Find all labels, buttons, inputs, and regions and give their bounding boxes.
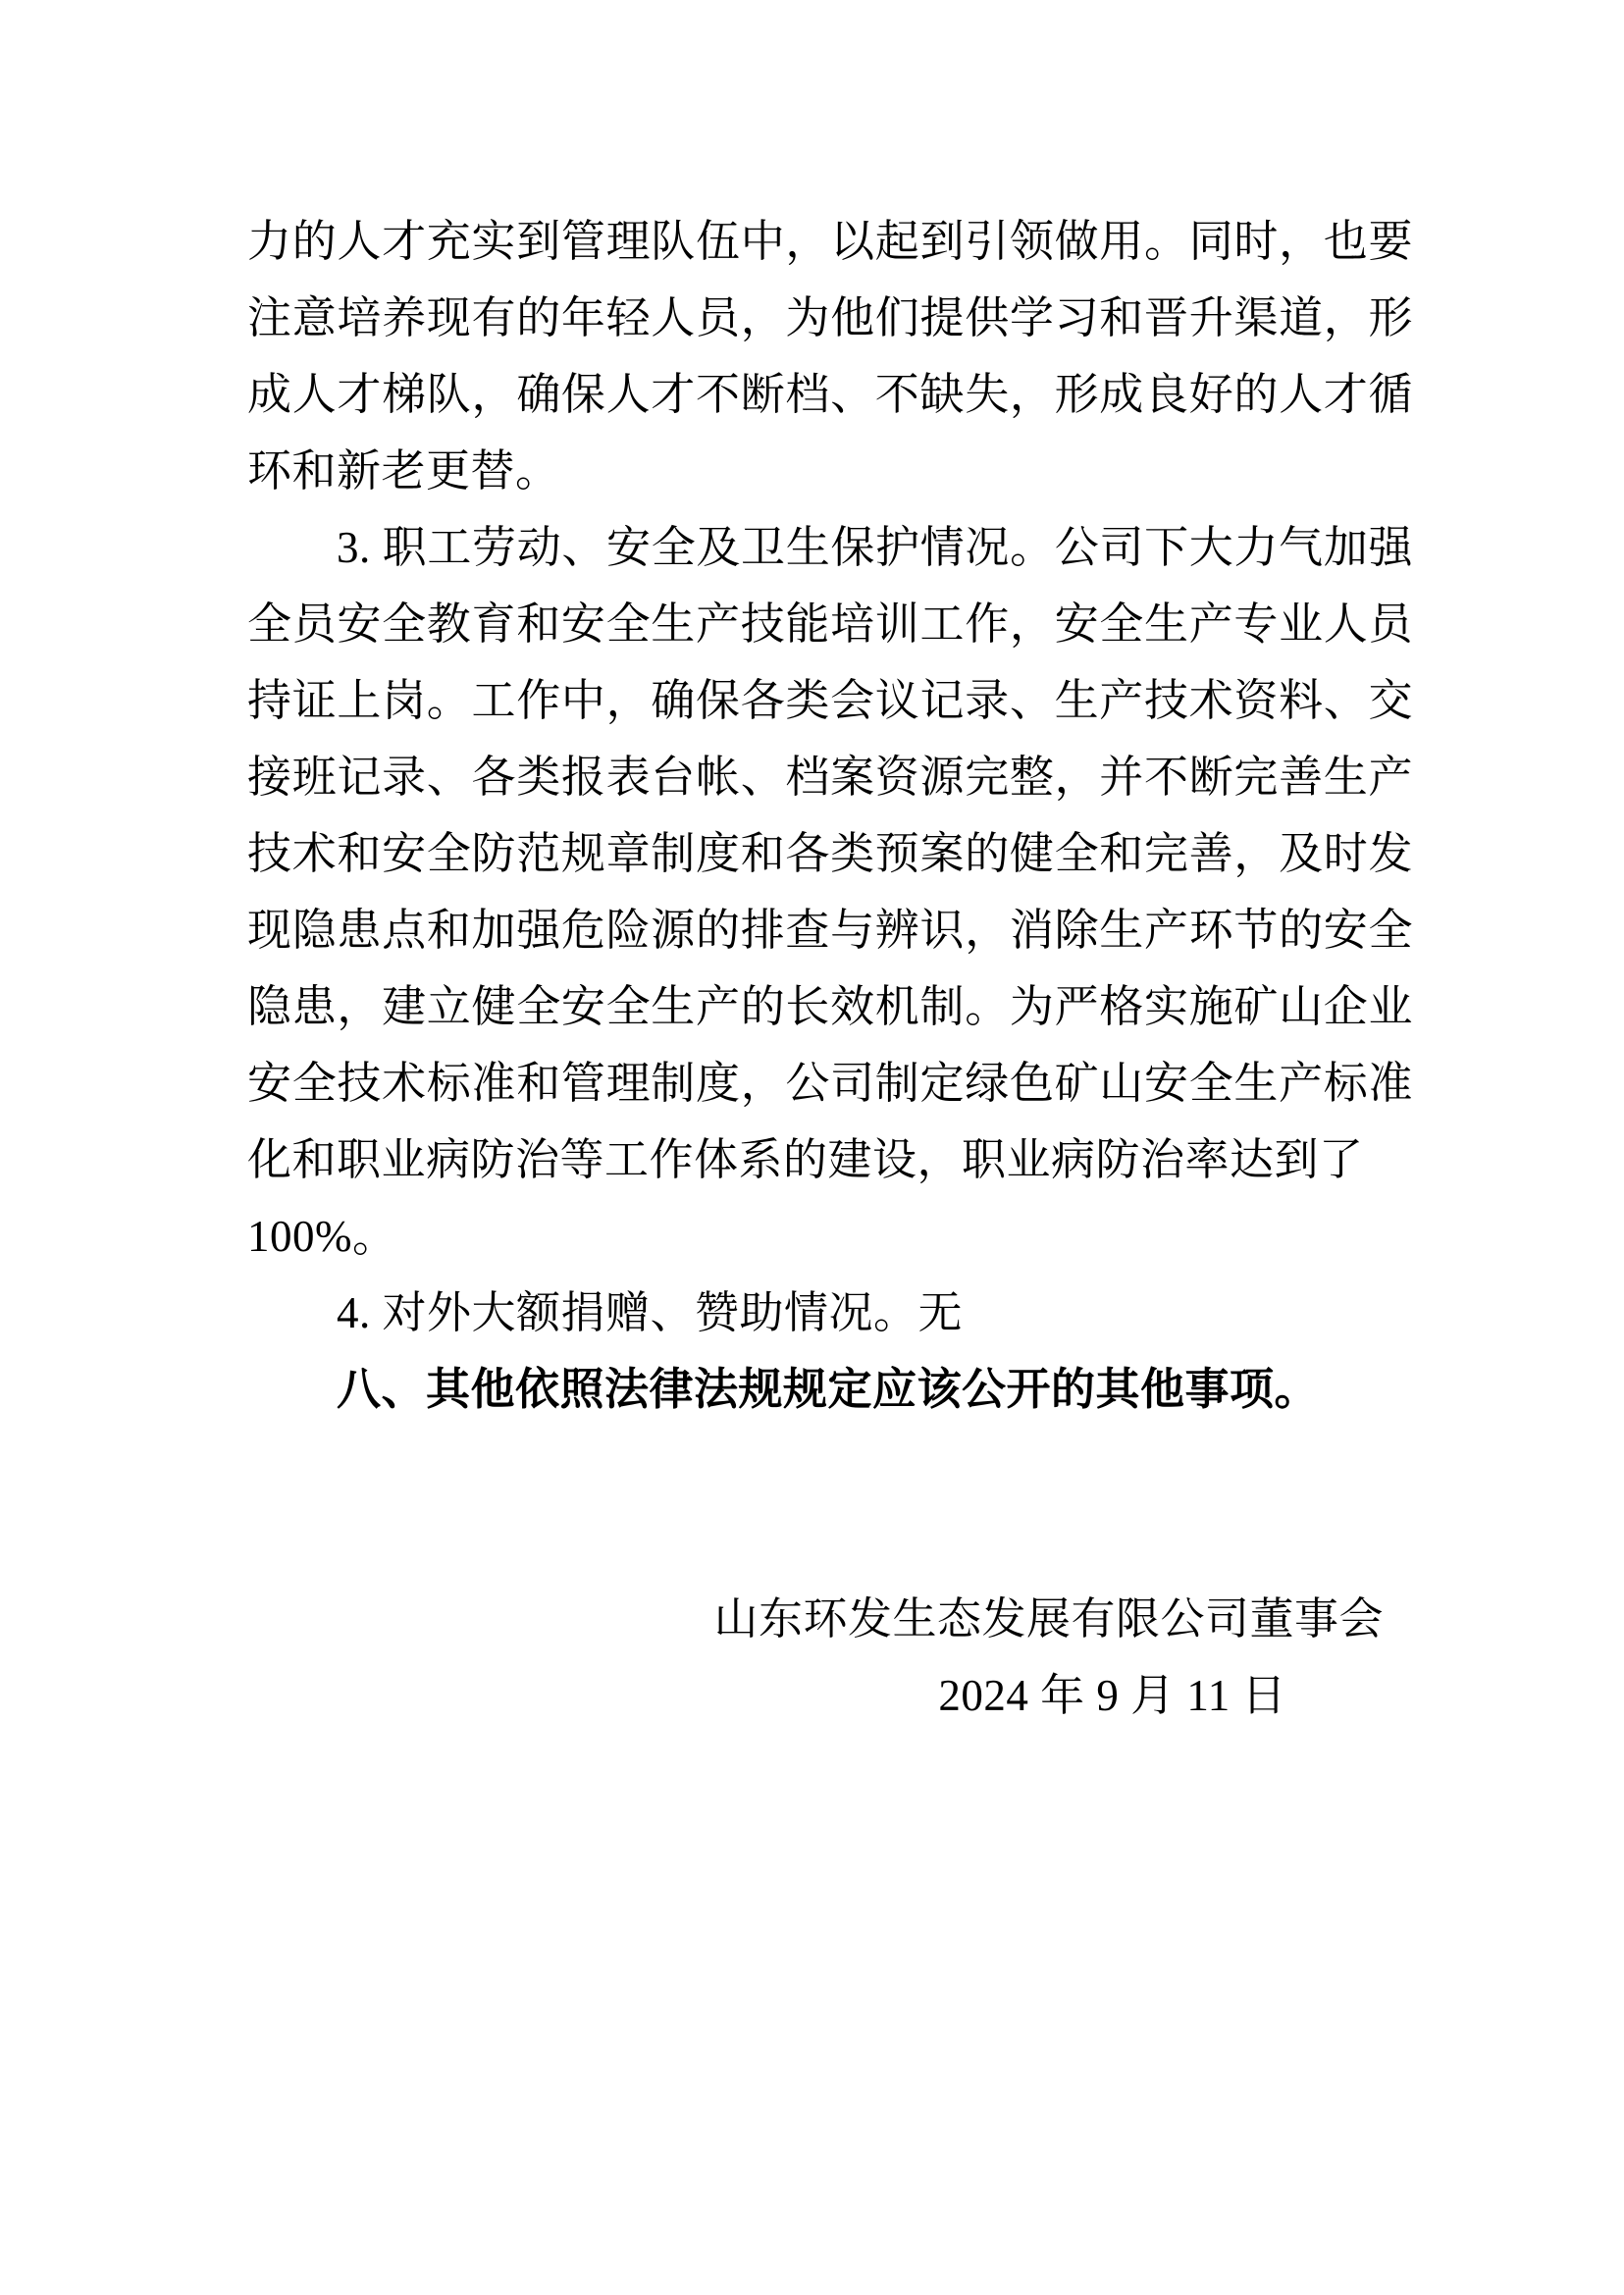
body-line-item-3: 3. 职工劳动、安全及卫生保护情况。公司下大力气加强 bbox=[247, 509, 1413, 586]
body-line: 化和职业病防治等工作体系的建设，职业病防治率达到了 bbox=[247, 1121, 1413, 1198]
body-line-percentage: 100%。 bbox=[247, 1198, 1413, 1275]
signature-date: 2024 年 9 月 11 日 bbox=[247, 1657, 1413, 1734]
document-body: 力的人才充实到管理队伍中，以起到引领做用。同时，也要 注意培养现有的年轻人员，为… bbox=[247, 203, 1413, 1734]
body-line: 注意培养现有的年轻人员，为他们提供学习和晋升渠道，形 bbox=[247, 280, 1413, 356]
body-line: 环和新老更替。 bbox=[247, 433, 1413, 509]
body-line: 接班记录、各类报表台帐、档案资源完整，并不断完善生产 bbox=[247, 739, 1413, 815]
body-line: 技术和安全防范规章制度和各类预案的健全和完善，及时发 bbox=[247, 815, 1413, 892]
document-page: 力的人才充实到管理队伍中，以起到引领做用。同时，也要 注意培养现有的年轻人员，为… bbox=[0, 0, 1624, 2295]
body-line-item-4: 4. 对外大额捐赠、赞助情况。无 bbox=[247, 1275, 1413, 1351]
body-line: 现隐患点和加强危险源的排查与辨识，消除生产环节的安全 bbox=[247, 892, 1413, 968]
body-line: 隐患，建立健全安全生产的长效机制。为严格实施矿山企业 bbox=[247, 968, 1413, 1045]
section-heading-8: 八、其他依照法律法规规定应该公开的其他事项。 bbox=[247, 1351, 1413, 1428]
blank-line bbox=[247, 1504, 1413, 1581]
body-line: 持证上岗。工作中，确保各类会议记录、生产技术资料、交 bbox=[247, 662, 1413, 739]
body-line: 力的人才充实到管理队伍中，以起到引领做用。同时，也要 bbox=[247, 203, 1413, 280]
body-line: 全员安全教育和安全生产技能培训工作，安全生产专业人员 bbox=[247, 586, 1413, 662]
signature-company: 山东环发生态发展有限公司董事会 bbox=[247, 1581, 1413, 1657]
body-line: 安全技术标准和管理制度，公司制定绿色矿山安全生产标准 bbox=[247, 1045, 1413, 1121]
body-line: 成人才梯队，确保人才不断档、不缺失，形成良好的人才循 bbox=[247, 356, 1413, 433]
blank-line bbox=[247, 1428, 1413, 1504]
